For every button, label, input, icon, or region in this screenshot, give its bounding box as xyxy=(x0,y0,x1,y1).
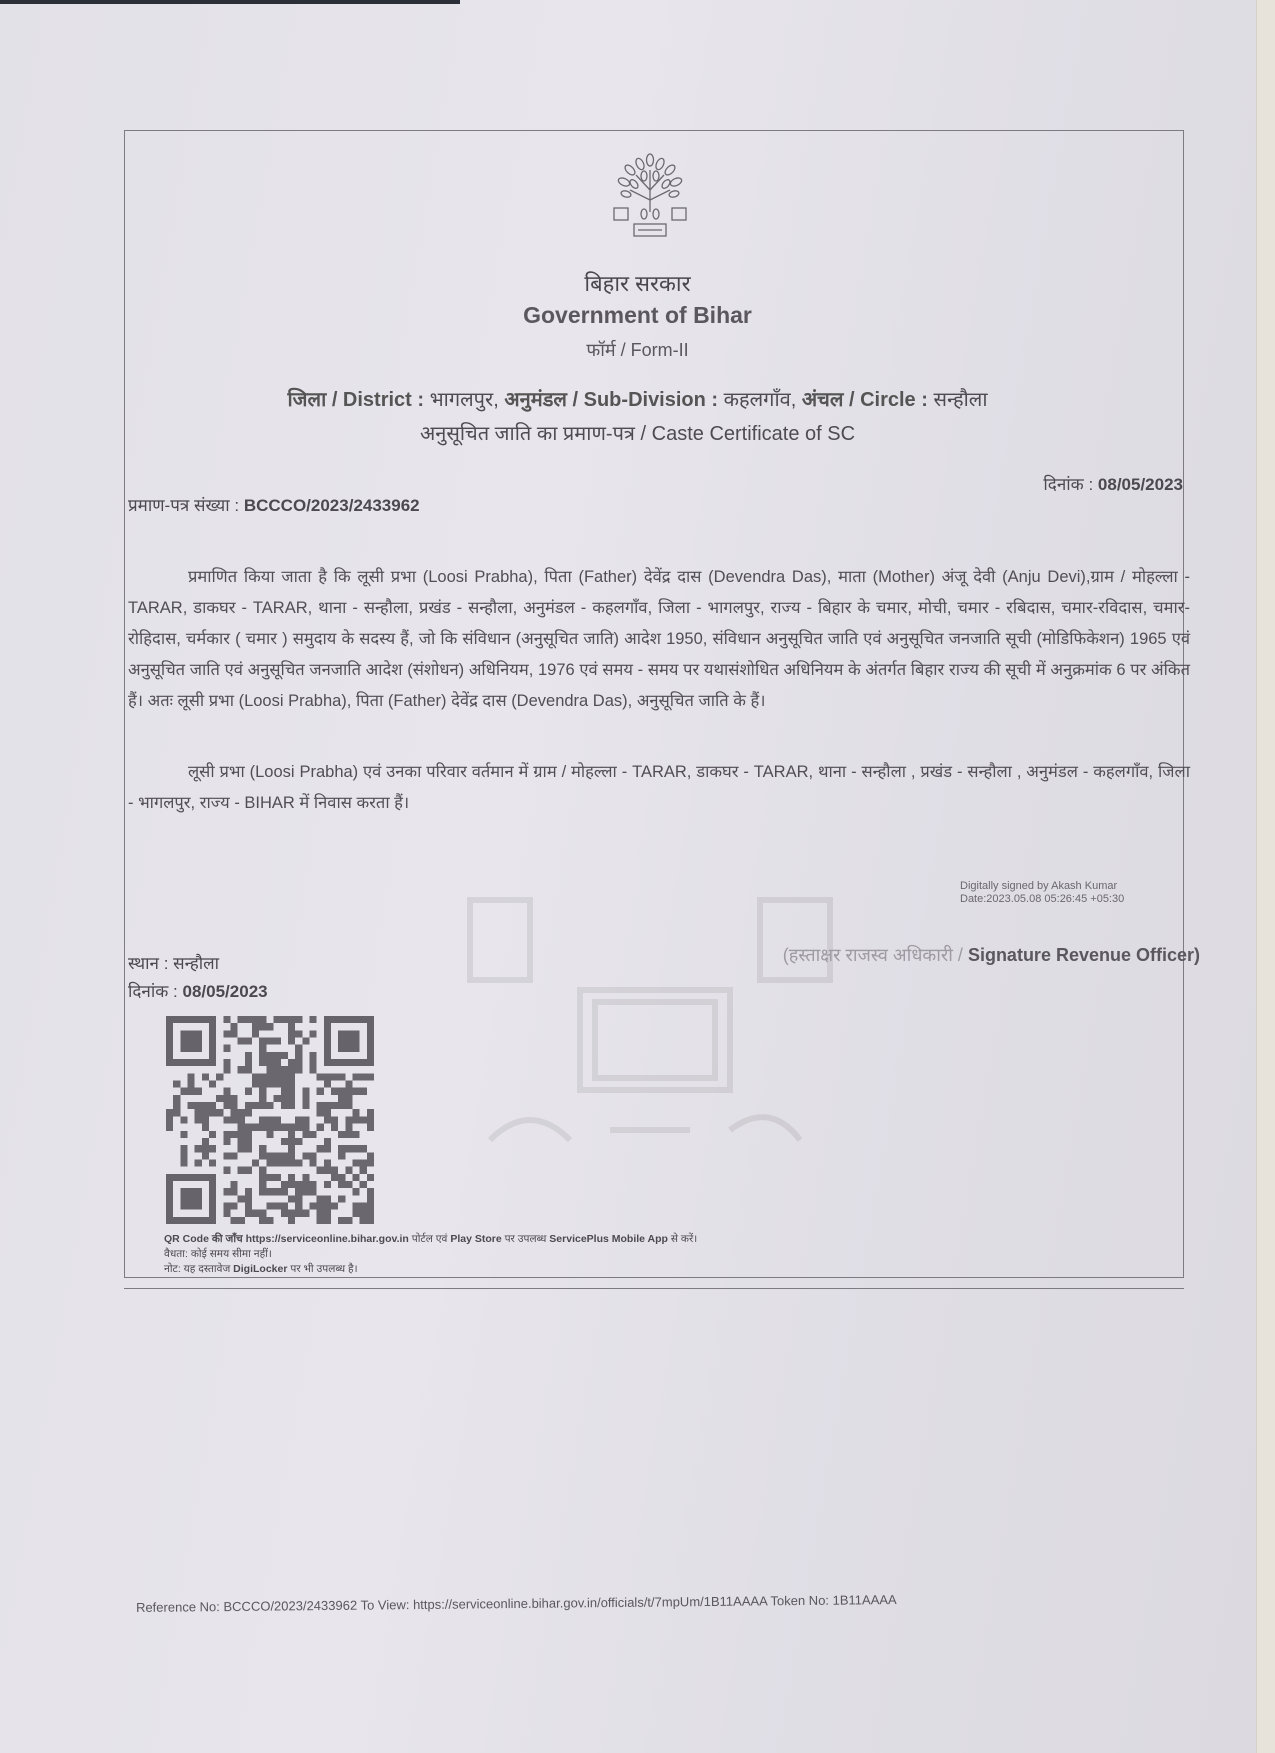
issue-date-label: दिनांक : xyxy=(1043,475,1093,494)
subdivision-value: कहलगाँव, xyxy=(724,389,797,411)
bihar-emblem-icon xyxy=(608,150,692,240)
certificate-title: अनुसूचित जाति का प्रमाण-पत्र / Caste Cer… xyxy=(0,419,1275,446)
footer-date-value: 08/05/2023 xyxy=(183,982,268,1001)
certificate-number-value: BCCCO/2023/2433962 xyxy=(244,496,420,515)
subdivision-label: अनुमंडल / Sub-Division : xyxy=(504,389,718,411)
certificate-number-label: प्रमाण-पत्र संख्या : xyxy=(128,496,239,515)
signature-label-hindi: (हस्ताक्षर राजस्व अधिकारी / xyxy=(783,945,963,965)
certificate-number: प्रमाण-पत्र संख्या : BCCCO/2023/2433962 xyxy=(128,493,420,516)
digilocker-note: नोट: यह दस्तावेज DigiLocker पर भी उपलब्ध… xyxy=(164,1262,697,1277)
certificate-bottom-border xyxy=(124,1288,1184,1289)
place-label: स्थान : xyxy=(128,954,168,973)
place-value: सन्हौला xyxy=(173,954,219,973)
footer-date-label: दिनांक : xyxy=(128,982,178,1001)
issue-date-value: 08/05/2023 xyxy=(1098,475,1183,494)
qr-verification-note: QR Code की जाँच https://serviceonline.bi… xyxy=(164,1232,697,1247)
title-hindi: बिहार सरकार xyxy=(0,268,1275,298)
issue-date: दिनांक : 08/05/2023 xyxy=(1043,472,1183,495)
signature-timestamp: Date:2023.05.08 05:26:45 +05:30 xyxy=(960,893,1124,906)
footer-date-line: दिनांक : 08/05/2023 xyxy=(128,978,268,1006)
place-line: स्थान : सन्हौला xyxy=(128,950,268,978)
certificate-body-paragraph-2: लूसी प्रभा (Loosi Prabha) एवं उनका परिवा… xyxy=(128,757,1190,819)
scan-top-edge xyxy=(0,0,460,4)
jurisdiction-line: जिला / District : भागलपुर, अनुमंडल / Sub… xyxy=(0,385,1275,412)
district-value: भागलपुर, xyxy=(430,389,499,411)
watermark-emblem-icon xyxy=(430,880,870,1200)
qr-code-icon[interactable] xyxy=(166,1016,374,1224)
verification-notes: QR Code की जाँच https://serviceonline.bi… xyxy=(164,1232,697,1277)
digital-signature: Digitally signed by Akash Kumar Date:202… xyxy=(960,880,1124,906)
signature-label-english: Signature Revenue Officer) xyxy=(968,945,1200,965)
circle-label: अंचल / Circle : xyxy=(802,389,928,411)
title-english: Government of Bihar xyxy=(0,302,1275,329)
form-label: फॉर्म / Form-II xyxy=(0,338,1275,362)
certificate-body-paragraph-1: प्रमाणित किया जाता है कि लूसी प्रभा (Loo… xyxy=(128,562,1190,717)
scan-right-edge xyxy=(1256,0,1275,1753)
district-label: जिला / District : xyxy=(288,389,425,411)
signature-revenue-officer: (हस्ताक्षर राजस्व अधिकारी / Signature Re… xyxy=(783,943,1200,967)
verification-url[interactable]: https://serviceonline.bihar.gov.in xyxy=(246,1233,409,1245)
circle-value: सन्हौला xyxy=(933,389,987,411)
place-and-date: स्थान : सन्हौला दिनांक : 08/05/2023 xyxy=(128,950,268,1006)
validity-note: वैधता: कोई समय सीमा नहीं। xyxy=(164,1247,697,1262)
signed-by: Digitally signed by Akash Kumar xyxy=(960,880,1124,893)
reference-line: Reference No: BCCCO/2023/2433962 To View… xyxy=(136,1592,897,1615)
